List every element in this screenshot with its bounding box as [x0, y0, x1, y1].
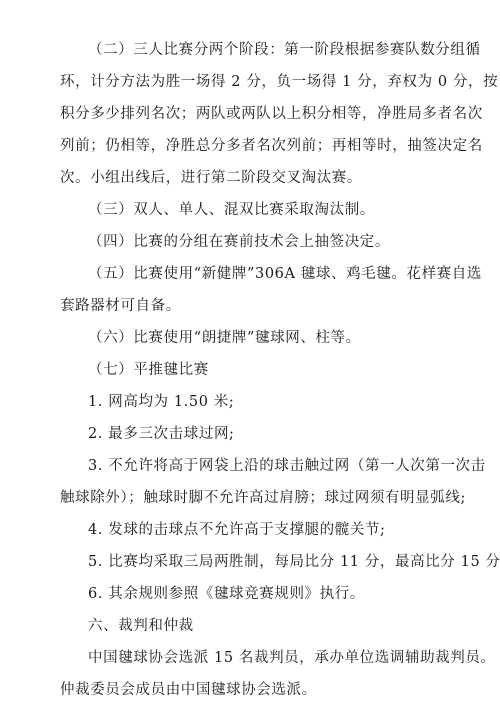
document-line: 套路器材可自备。 [60, 296, 440, 316]
document-line: 列前；仍相等，净胜总分多者名次列前；再相等时，抽签决定名 [60, 136, 440, 156]
document-line: 6. 其余规则参照《毽球竞赛规则》执行。 [88, 584, 440, 604]
document-line: 5. 比赛均采取三局两胜制，每局比分 11 分，最高比分 15 分; [88, 552, 440, 572]
document-line: （六）比赛使用“朗捷牌”毽球网、柱等。 [88, 328, 440, 348]
document-page: （二）三人比赛分两个阶段：第一阶段根据参赛队数分组循环，计分方法为胜一场得 2 … [0, 0, 500, 708]
document-line: 中国毽球协会选派 15 名裁判员，承办单位选调辅助裁判员。 [88, 648, 440, 668]
document-line: 4. 发球的击球点不允许高于支撑腿的髋关节; [88, 520, 440, 540]
document-line: 仲裁委员会成员由中国毽球协会选派。 [60, 680, 440, 700]
document-line: 触球除外）；触球时脚不允许高过肩膀；球过网须有明显弧线; [60, 488, 440, 508]
document-line: 环，计分方法为胜一场得 2 分，负一场得 1 分，弃权为 0 分，按 [60, 72, 440, 92]
document-line: （三）双人、单人、混双比赛采取淘汰制。 [88, 200, 440, 220]
document-line: （五）比赛使用“新健牌”306A 毽球、鸡毛毽。花样赛自选 [88, 264, 440, 284]
document-line: 积分多少排列名次；两队或两队以上积分相等，净胜局多者名次 [60, 104, 440, 124]
document-line: （二）三人比赛分两个阶段：第一阶段根据参赛队数分组循 [88, 40, 440, 60]
document-line: 六、裁判和仲裁 [88, 616, 440, 636]
document-line: （四）比赛的分组在赛前技术会上抽签决定。 [88, 232, 440, 252]
document-line: 3. 不允许将高于网袋上沿的球击触过网（第一人次第一次击 [88, 456, 440, 476]
document-line: 次。小组出线后，进行第二阶段交叉淘汰赛。 [60, 168, 440, 188]
document-line: 2. 最多三次击球过网; [88, 424, 440, 444]
document-line: 1. 网高均为 1.50 米; [88, 392, 440, 412]
document-line: （七）平推毽比赛 [88, 360, 440, 380]
